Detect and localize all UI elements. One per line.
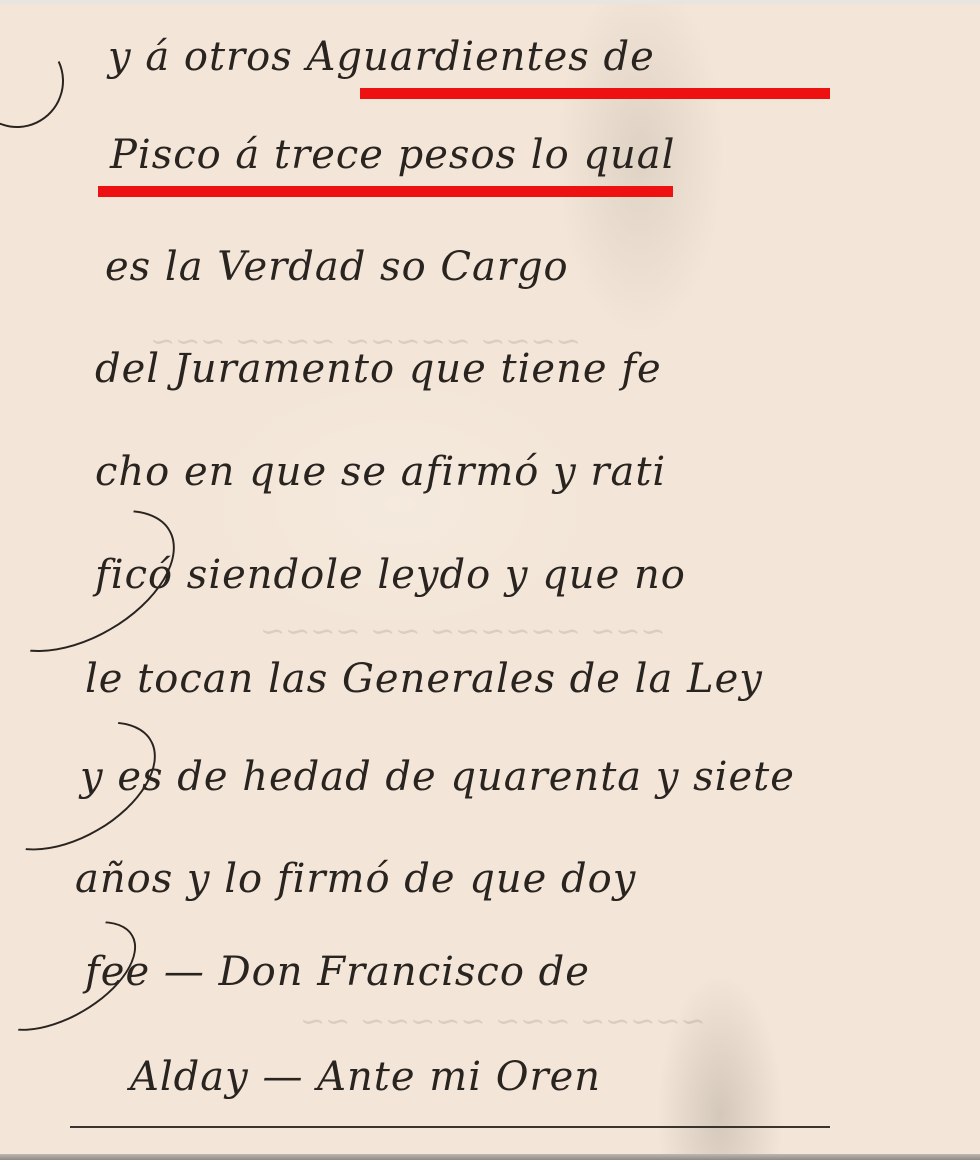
- manuscript-line-8: y es de hedad de quarenta y siete: [80, 754, 795, 800]
- margin-flourish: [0, 21, 77, 141]
- closing-rule: [70, 1126, 830, 1128]
- manuscript-page: ~~~~ ~~~~~ ~~~~ ~~~ ~~~ ~~~~~~ ~~ ~~~~ ~…: [0, 4, 980, 1156]
- manuscript-line-11: Alday — Ante mi Oren: [130, 1054, 601, 1100]
- manuscript-line-5: cho en que se afirmó y rati: [95, 449, 666, 495]
- highlight-underline-aguardientes: [360, 88, 830, 99]
- manuscript-line-10: fee — Don Francisco de: [85, 949, 590, 995]
- manuscript-line-4: del Juramento que tiene fe: [95, 346, 662, 392]
- manuscript-line-7: le tocan las Generales de la Ley: [85, 656, 763, 702]
- manuscript-line-2: Pisco á trece pesos lo qual: [110, 132, 675, 178]
- manuscript-line-9: años y lo firmó de que doy: [75, 856, 636, 902]
- highlight-underline-pisco: [98, 186, 673, 197]
- bleed-through-text: ~~~~~ ~~~ ~~~~~ ~~: [300, 1004, 706, 1039]
- manuscript-line-3: es la Verdad so Cargo: [105, 244, 569, 290]
- bleed-through-text: ~~~ ~~~~~~ ~~ ~~~~: [260, 614, 666, 649]
- manuscript-line-1: y á otros Aguardientes de: [108, 34, 655, 80]
- manuscript-line-6: ficó siendole leydo y que no: [95, 552, 686, 598]
- page-edge: [0, 1154, 980, 1160]
